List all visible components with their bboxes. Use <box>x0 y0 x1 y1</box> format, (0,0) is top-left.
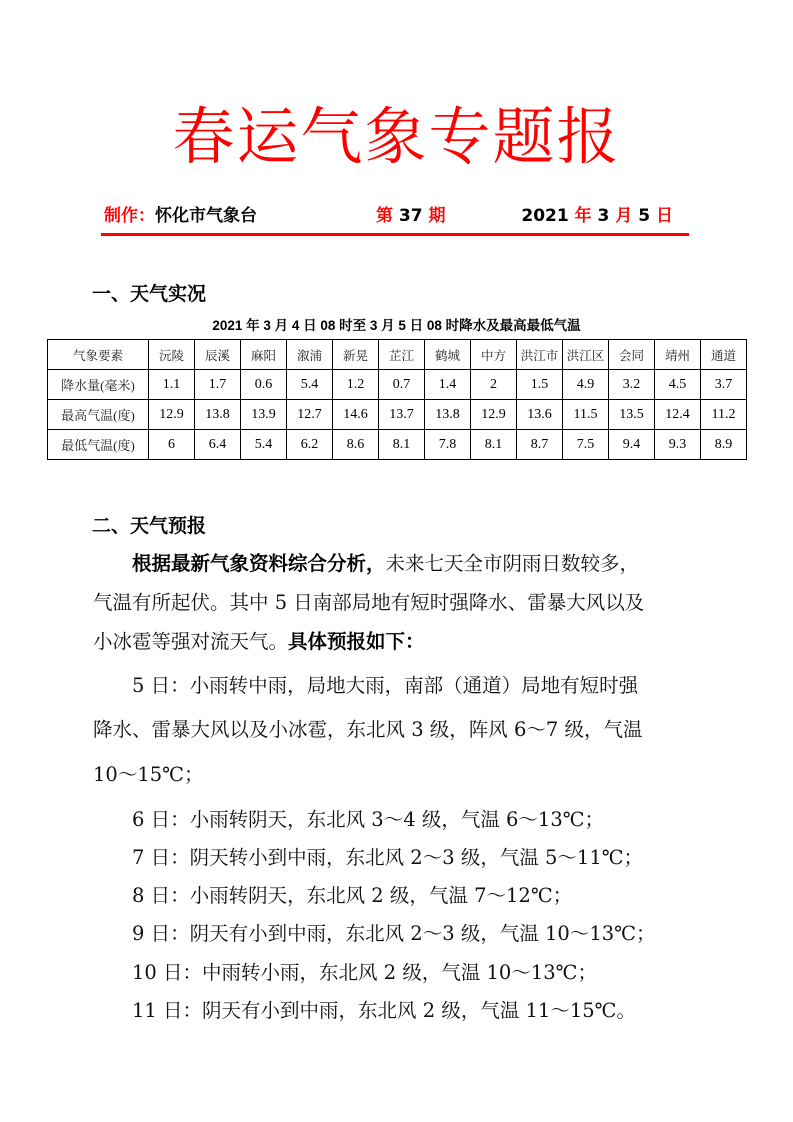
forecast-day-5-line-3: 10～15℃； <box>93 755 203 795</box>
forecast-day-5-line-1: 5 日：小雨转中雨，局地大雨，南部（通道）局地有短时强 <box>132 666 638 706</box>
intro-line-1: 根据最新气象资料综合分析，未来七天全市阴雨日数较多， <box>132 544 639 584</box>
forecast-day-10: 10 日：中雨转小雨，东北风 2 级，气温 10～13℃； <box>132 953 597 993</box>
forecast-day-6: 6 日：小雨转阴天，东北风 3～4 级，气温 6～13℃； <box>132 800 604 840</box>
intro-line-3-plain: 小冰雹等强对流天气。 <box>93 630 288 653</box>
forecast-day-11: 11 日：阴天有小到中雨，东北风 2 级，气温 11～15℃。 <box>132 991 636 1031</box>
intro-bold-lead: 根据最新气象资料综合分析， <box>132 552 386 575</box>
forecast-day-7: 7 日：阴天转小到中雨，东北风 2～3 级，气温 5～11℃； <box>132 838 643 878</box>
intro-line-3: 小冰雹等强对流天气。具体预报如下： <box>93 622 425 662</box>
intro-line-2: 气温有所起伏。其中 5 日南部局地有短时强降水、雷暴大风以及 <box>93 583 644 623</box>
intro-line-3-bold: 具体预报如下： <box>288 630 425 653</box>
forecast-body: 根据最新气象资料综合分析，未来七天全市阴雨日数较多， 气温有所起伏。其中 5 日… <box>0 0 793 1122</box>
intro-line-1-rest: 未来七天全市阴雨日数较多， <box>386 552 640 575</box>
forecast-day-8: 8 日：小雨转阴天，东北风 2 级，气温 7～12℃； <box>132 876 572 916</box>
forecast-day-9: 9 日：阴天有小到中雨，东北风 2～3 级，气温 10～13℃； <box>132 914 655 954</box>
forecast-day-5-line-2: 降水、雷暴大风以及小冰雹，东北风 3 级，阵风 6～7 级，气温 <box>93 710 643 750</box>
